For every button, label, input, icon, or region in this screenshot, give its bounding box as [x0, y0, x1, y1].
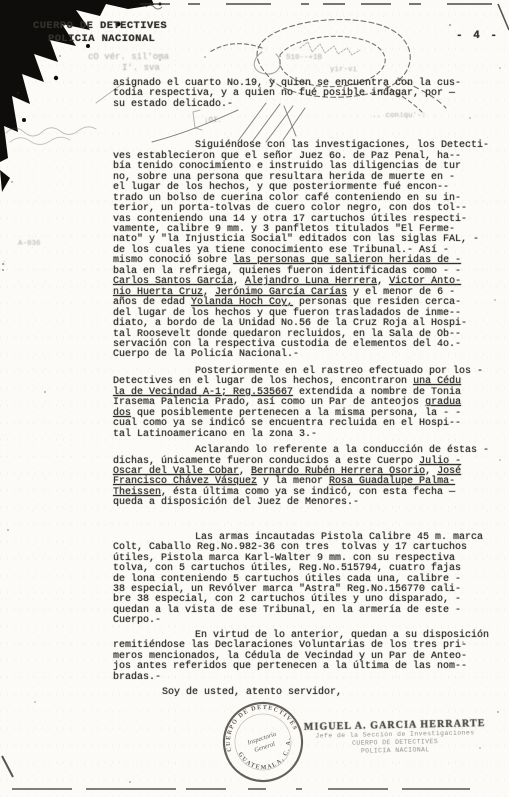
carbon-ghost-text-1: cO vér. sil'oma [88, 52, 169, 62]
text-line: queda a disposición del Juez de Menores.… [113, 498, 493, 508]
text-line: jos antes referidos que pertenecen a la … [113, 662, 493, 672]
scrawl-ghost-text-2: yir-vi [330, 66, 357, 74]
paragraph: Siguiéndose con las investigaciones, los… [113, 141, 493, 361]
page-root: CUERPO DE DETECTIVES POLICIA NACIONAL - … [0, 0, 509, 797]
text-line: tal Latinoamericano en la zona 3.- [113, 430, 493, 440]
text-line: su estado delicado.- [113, 100, 493, 110]
paragraph: asignado el cuarto No.19, y quien se enc… [113, 79, 493, 110]
signature-block: MIGUEL A. GARCIA HERRARTE Jefe de la Sec… [296, 718, 495, 757]
paragraph: Aclarando lo referente a la conducción d… [113, 446, 493, 509]
paragraph: En virtud de lo anterior, quedan a su di… [113, 631, 493, 683]
org-name-line1: CUERPO DE DETECTIVES [33, 20, 167, 33]
letterhead: CUERPO DE DETECTIVES POLICIA NACIONAL [33, 20, 167, 46]
carbon-ghost-text-2: I'. sva [122, 63, 160, 73]
paragraph: Las armas incautadas Pistola Calibre 45 … [113, 533, 493, 627]
org-name-line2: POLICIA NACIONAL [33, 33, 167, 46]
page-number: - 4 - [456, 30, 499, 42]
margin-colon-mark: : [2, 260, 7, 268]
document-body: asignado el cuarto No.19, y quien se enc… [113, 79, 493, 683]
paragraph: Posteriormente en el rastreo efectuado p… [113, 367, 493, 440]
text-line: quedan a la vista de ese Tribunal, en la… [113, 606, 493, 616]
text-line: Cuerpo.- [113, 616, 493, 626]
text-line: Cuerpo de la Policía Nacional.- [113, 350, 493, 360]
scrawl-ghost-text-1: 510--+1B [286, 54, 322, 62]
text-line: bradas.- [113, 673, 493, 683]
margin-note: A-036 [18, 240, 41, 248]
